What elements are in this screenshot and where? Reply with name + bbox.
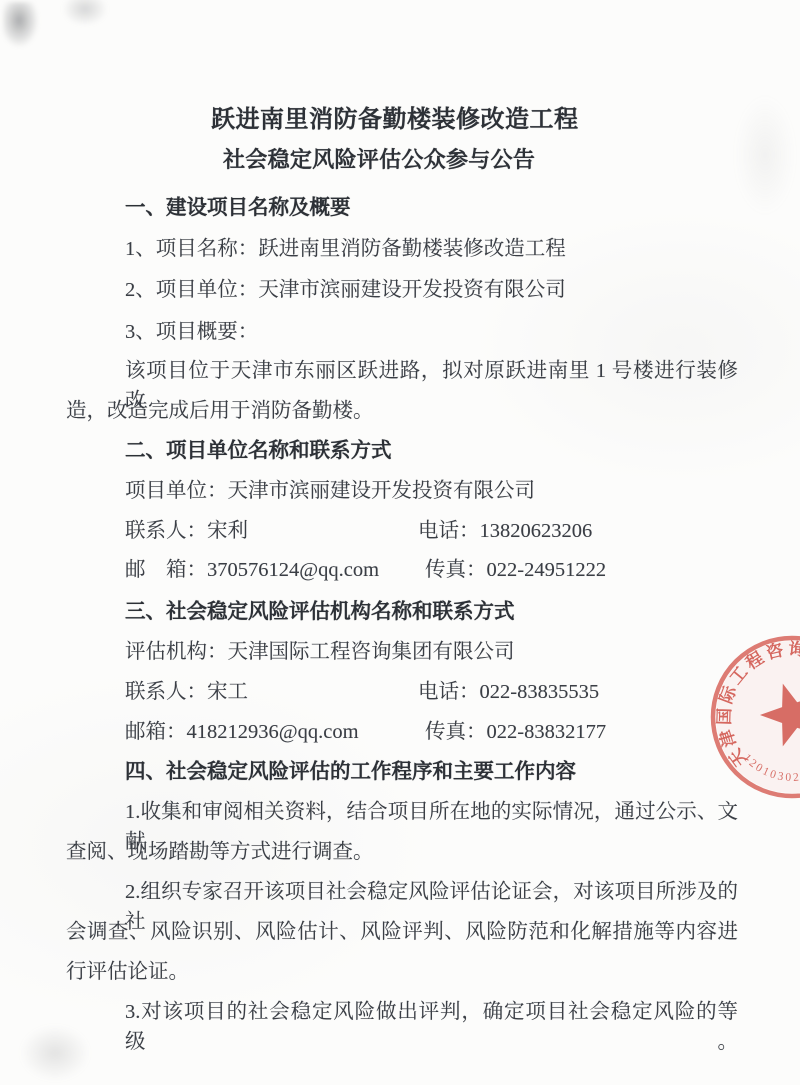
assessor-contact-person: 联系人：宋工 (125, 674, 248, 704)
summary-paragraph-line2: 造，改造完成后用于消防备勤楼。 (66, 393, 374, 423)
scanned-document-page: 跃进南里消防备勤楼装修改造工程 社会稳定风险评估公众参与公告 一、建设项目名称及… (0, 0, 800, 1085)
scan-smudge-bottom-left (20, 1025, 90, 1081)
procedure-1-line2: 查阅、现场踏勘等方式进行调查。 (66, 834, 374, 864)
assessor-org-line: 评估机构：天津国际工程咨询集团有限公司 (125, 634, 515, 664)
owner-email: 邮 箱：370576124@qq.com (125, 552, 379, 582)
owner-org-line: 项目单位：天津市滨丽建设开发投资有限公司 (125, 473, 535, 503)
owner-fax: 传真：022-24951222 (425, 552, 606, 582)
procedure-2-line2: 会调查、风险识别、风险估计、风险评判、风险防范和化解措施等内容进 (66, 914, 738, 944)
doc-title-line1: 跃进南里消防备勤楼装修改造工程 (211, 99, 579, 134)
section-4-heading: 四、社会稳定风险评估的工作程序和主要工作内容 (125, 754, 576, 784)
doc-title-line2: 社会稳定风险评估公众参与公告 (223, 143, 535, 174)
scan-smudge-top (62, 0, 108, 26)
section-2-heading: 二、项目单位名称和联系方式 (125, 433, 392, 463)
project-name-item: 1、项目名称：跃进南里消防备勤楼装修改造工程 (125, 231, 566, 261)
company-seal: 天津国际工程咨询集团有限公司 120103021 (687, 612, 800, 822)
assessor-fax: 传真：022-83832177 (425, 714, 606, 744)
section-3-heading: 三、社会稳定风险评估机构名称和联系方式 (125, 594, 515, 624)
scan-smudge-right (735, 95, 795, 215)
owner-contact-person: 联系人：宋利 (125, 513, 248, 543)
project-owner-item: 2、项目单位：天津市滨丽建设开发投资有限公司 (125, 272, 566, 302)
procedure-2-line3: 行评估论证。 (66, 954, 189, 984)
project-summary-item: 3、项目概要： (125, 314, 258, 344)
scan-smudge-top-left (3, 2, 39, 48)
procedure-3-line: 3.对该项目的社会稳定风险做出评判，确定项目社会稳定风险的等级。 (125, 994, 738, 1054)
section-1-heading: 一、建设项目名称及概要 (125, 190, 351, 220)
assessor-phone: 电话：022-83835535 (418, 674, 599, 704)
assessor-email: 邮箱：418212936@qq.com (125, 714, 359, 744)
owner-phone: 电话：13820623206 (418, 513, 592, 543)
